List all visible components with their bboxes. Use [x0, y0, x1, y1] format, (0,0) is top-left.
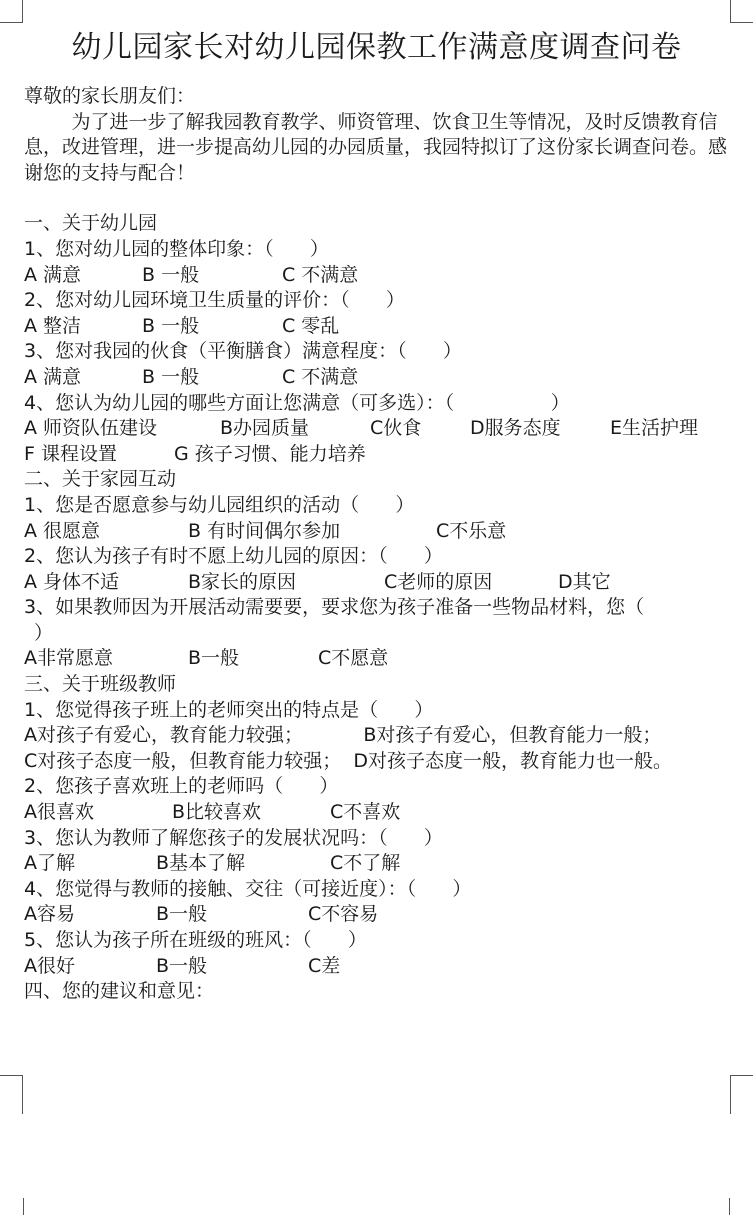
option: C老师的原因: [384, 570, 558, 596]
options-row: A非常愿意 B一般 C不愿意: [24, 646, 734, 672]
question: 2、您对幼儿园环境卫生质量的评价：（ ）: [24, 288, 734, 314]
option: C 不满意: [282, 263, 358, 289]
option: C不容易: [308, 902, 378, 928]
option: B 一般: [142, 314, 282, 340]
section-heading: 二、关于家园互动: [24, 467, 734, 493]
option: C差: [308, 954, 340, 980]
option: D服务态度: [470, 416, 610, 442]
page-corner-mark: [729, 1198, 730, 1215]
option: E生活护理: [610, 416, 698, 442]
question: 3、如果教师因为开展活动需要要，要求您为孩子准备一些物品材料，您（: [24, 595, 734, 621]
options-row: A很喜欢 B比较喜欢 C不喜欢: [24, 800, 734, 826]
option: C不乐意: [436, 519, 506, 545]
option: A很喜欢: [24, 800, 172, 826]
option: A 满意: [24, 263, 142, 289]
question: 4、您觉得与教师的接触、交往（可接近度）：（ ）: [24, 877, 734, 903]
option: B基本了解: [156, 851, 330, 877]
options-row: A很好 B一般 C差: [24, 954, 734, 980]
page-corner-mark: [0, 0, 23, 23]
page-corner-mark: [730, 1075, 753, 1114]
question: 5、您认为孩子所在班级的班风：（ ）: [24, 928, 734, 954]
options-row: A 满意 B 一般 C 不满意: [24, 365, 734, 391]
option: C不喜欢: [330, 800, 400, 826]
option: A了解: [24, 851, 156, 877]
question: 1、您觉得孩子班上的老师突出的特点是（ ）: [24, 698, 734, 724]
section-heading: 四、您的建议和意见：: [24, 979, 734, 1005]
page-corner-mark: [23, 1198, 24, 1215]
options-row: A 整洁 B 一般 C 零乱: [24, 314, 734, 340]
section-heading: 三、关于班级教师: [24, 672, 734, 698]
options-row: A 很愿意 B 有时间偶尔参加 C不乐意: [24, 519, 734, 545]
option: C 不满意: [282, 365, 358, 391]
option: B一般: [156, 902, 308, 928]
option: A非常愿意: [24, 646, 188, 672]
option: C不愿意: [318, 646, 388, 672]
long-option: A对孩子有爱心，教育能力较强； B对孩子有爱心，但教育能力一般；: [24, 723, 734, 749]
question: 2、您认为孩子有时不愿上幼儿园的原因：（ ）: [24, 544, 734, 570]
question: 4、您认为幼儿园的哪些方面让您满意（可多选）：（ ）: [24, 391, 734, 417]
document-body: 尊敬的家长朋友们： 为了进一步了解我园教育教学、师资管理、饮食卫生等情况，及时反…: [24, 84, 734, 1005]
option: B家长的原因: [188, 570, 384, 596]
page-corner-mark: [730, 0, 753, 23]
options-row: A 满意 B 一般 C 不满意: [24, 263, 734, 289]
section-heading: 一、关于幼儿园: [24, 211, 734, 237]
spacer: [24, 186, 734, 211]
option: A很好: [24, 954, 156, 980]
option: B比较喜欢: [172, 800, 330, 826]
option: A 满意: [24, 365, 142, 391]
question: 2、您孩子喜欢班上的老师吗（ ）: [24, 774, 734, 800]
option: A 整洁: [24, 314, 142, 340]
option: F 课程设置: [24, 442, 174, 468]
option: A 身体不适: [24, 570, 188, 596]
question: 1、您是否愿意参与幼儿园组织的活动（ ）: [24, 493, 734, 519]
question: 1、您对幼儿园的整体印象：（ ）: [24, 237, 734, 263]
question: 3、您认为教师了解您孩子的发展状况吗：（ ）: [24, 826, 734, 852]
options-row: F 课程设置 G 孩子习惯、能力培养: [24, 442, 734, 468]
options-row: A了解 B基本了解 C不了解: [24, 851, 734, 877]
page-corner-mark: [0, 1075, 23, 1114]
option: B一般: [188, 646, 318, 672]
option: B办园质量: [220, 416, 370, 442]
option: C伙食: [370, 416, 470, 442]
greeting: 尊敬的家长朋友们：: [24, 84, 734, 110]
option: B 一般: [142, 263, 282, 289]
option: B一般: [156, 954, 308, 980]
long-option: C对孩子态度一般，但教育能力较强； D对孩子态度一般，教育能力也一般。: [24, 749, 734, 775]
option: C不了解: [330, 851, 400, 877]
options-row: A容易 B一般 C不容易: [24, 902, 734, 928]
option: B 一般: [142, 365, 282, 391]
option: C 零乱: [282, 314, 339, 340]
options-row: A 身体不适 B家长的原因 C老师的原因 D其它: [24, 570, 734, 596]
option: B 有时间偶尔参加: [188, 519, 436, 545]
option: G 孩子习惯、能力培养: [174, 442, 366, 468]
intro-paragraph: 为了进一步了解我园教育教学、师资管理、饮食卫生等情况，及时反馈教育信息，改进管理…: [24, 110, 734, 187]
options-row: A 师资队伍建设 B办园质量 C伙食 D服务态度 E生活护理: [24, 416, 734, 442]
question-continuation: ）: [24, 621, 734, 647]
question: 3、您对我园的伙食（平衡膳食）满意程度：（ ）: [24, 339, 734, 365]
option: A容易: [24, 902, 156, 928]
option: A 很愿意: [24, 519, 188, 545]
document-title: 幼儿园家长对幼儿园保教工作满意度调查问卷: [0, 22, 753, 66]
option: A 师资队伍建设: [24, 416, 220, 442]
option: D其它: [558, 570, 611, 596]
